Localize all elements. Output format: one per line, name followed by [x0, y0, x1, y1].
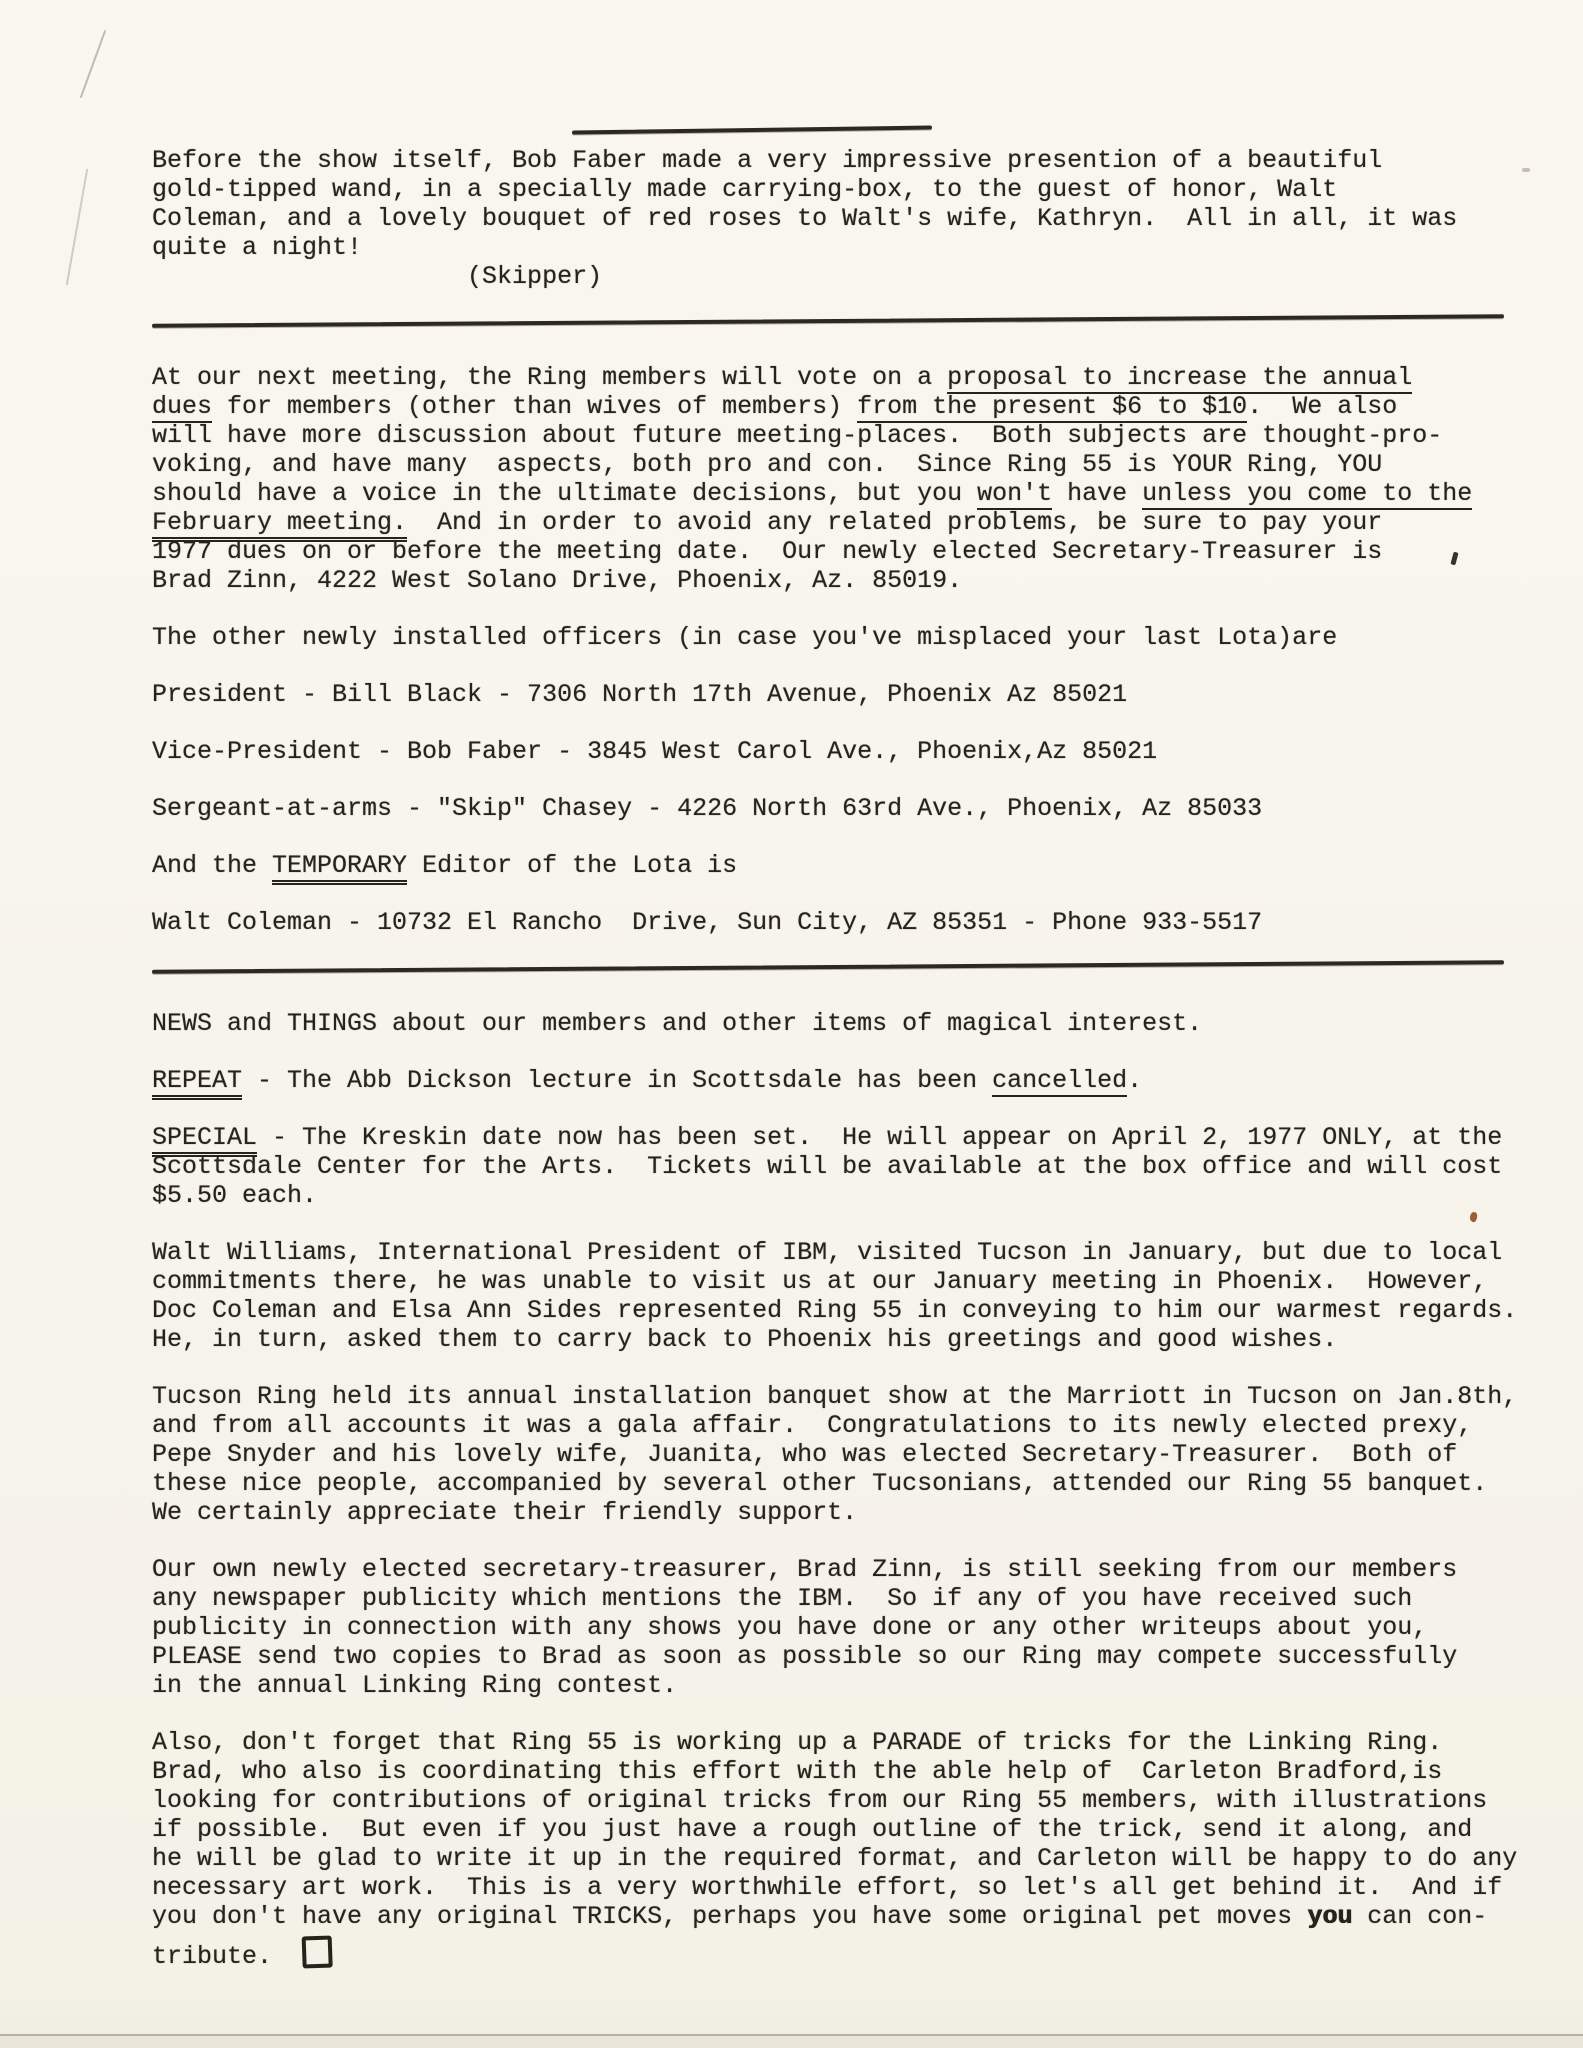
- paragraph: Our own newly elected secretary-treasure…: [152, 1555, 1532, 1700]
- text-line: Tucson Ring held its annual installation…: [152, 1382, 1532, 1411]
- text-segment: quite a night!: [152, 233, 362, 262]
- text-segment: tribute.: [152, 1942, 302, 1971]
- text-segment: can con-: [1352, 1902, 1487, 1931]
- text-segment: 1977 dues on or before the meeting date.…: [152, 537, 1382, 566]
- text-line: SPECIAL - The Kreskin date now has been …: [152, 1123, 1532, 1152]
- text-line: President - Bill Black - 7306 North 17th…: [152, 680, 1532, 709]
- text-line: At our next meeting, the Ring members wi…: [152, 363, 1532, 392]
- text-line: you don't have any original TRICKS, perh…: [152, 1902, 1532, 1931]
- text-line: Pepe Snyder and his lovely wife, Juanita…: [152, 1440, 1532, 1469]
- text-segment: if possible. But even if you just have a…: [152, 1815, 1472, 1844]
- text-line: We certainly appreciate their friendly s…: [152, 1498, 1532, 1527]
- text-segment: you: [1307, 1902, 1352, 1931]
- text-line: necessary art work. This is a very worth…: [152, 1873, 1532, 1902]
- text-segment: gold-tipped wand, in a specially made ca…: [152, 175, 1337, 204]
- paragraph: REPEAT - The Abb Dickson lecture in Scot…: [152, 1066, 1532, 1095]
- text-segment: $5.50 each.: [152, 1181, 317, 1210]
- text-segment: he will be glad to write it up in the re…: [152, 1844, 1517, 1873]
- text-segment: Walt Williams, International President o…: [152, 1238, 1502, 1267]
- paragraph: The other newly installed officers (in c…: [152, 623, 1532, 652]
- end-of-article-box: [302, 1935, 333, 1968]
- scanned-page: Before the show itself, Bob Faber made a…: [0, 0, 1583, 2048]
- paragraph: Also, don't forget that Ring 55 is worki…: [152, 1728, 1532, 1960]
- text-segment: for members (other than wives of members…: [212, 392, 857, 421]
- text-line: will have more discussion about future m…: [152, 421, 1532, 450]
- underlined-text: TEMPORARY: [272, 851, 407, 885]
- text-segment: Pepe Snyder and his lovely wife, Juanita…: [152, 1440, 1457, 1469]
- text-line: Also, don't forget that Ring 55 is worki…: [152, 1728, 1532, 1757]
- paragraph: And the TEMPORARY Editor of the Lota is: [152, 851, 1532, 880]
- text-segment: Editor of the Lota is: [407, 851, 737, 880]
- text-line: publicity in connection with any shows y…: [152, 1613, 1532, 1642]
- text-segment: Also, don't forget that Ring 55 is worki…: [152, 1728, 1442, 1757]
- text-segment: At our next meeting, the Ring members wi…: [152, 363, 947, 392]
- text-segment: Coleman, and a lovely bouquet of red ros…: [152, 204, 1457, 233]
- divider-line: [572, 125, 932, 134]
- text-line: $5.50 each.: [152, 1181, 1532, 1210]
- page-bottom-edge: [0, 2034, 1583, 2036]
- divider-line: [152, 960, 1504, 973]
- text-line: Coleman, and a lovely bouquet of red ros…: [152, 204, 1532, 233]
- text-line: NEWS and THINGS about our members and ot…: [152, 1009, 1532, 1038]
- text-segment: any newspaper publicity which mentions t…: [152, 1584, 1412, 1613]
- divider-line: [152, 314, 1504, 327]
- pencil-mark: [66, 169, 88, 286]
- text-segment: Our own newly elected secretary-treasure…: [152, 1555, 1457, 1584]
- text-segment: publicity in connection with any shows y…: [152, 1613, 1427, 1642]
- text-segment: Brad Zinn, 4222 West Solano Drive, Phoen…: [152, 566, 962, 595]
- text-line: if possible. But even if you just have a…: [152, 1815, 1532, 1844]
- text-line: gold-tipped wand, in a specially made ca…: [152, 175, 1532, 204]
- text-segment: will have more discussion about future m…: [152, 421, 1442, 450]
- text-segment: Sergeant-at-arms - "Skip" Chasey - 4226 …: [152, 794, 1262, 823]
- text-segment: Vice-President - Bob Faber - 3845 West C…: [152, 737, 1157, 766]
- text-line: any newspaper publicity which mentions t…: [152, 1584, 1532, 1613]
- underlined-text: cancelled: [992, 1066, 1127, 1097]
- text-line: Walt Williams, International President o…: [152, 1238, 1532, 1267]
- text-line: REPEAT - The Abb Dickson lecture in Scot…: [152, 1066, 1532, 1095]
- text-line: The other newly installed officers (in c…: [152, 623, 1532, 652]
- text-segment: .: [1127, 1066, 1142, 1095]
- text-segment: - The Abb Dickson lecture in Scottsdale …: [242, 1066, 992, 1095]
- text-segment: Doc Coleman and Elsa Ann Sides represent…: [152, 1296, 1517, 1325]
- text-line: voking, and have many aspects, both pro …: [152, 450, 1532, 479]
- text-segment: - The Kreskin date now has been set. He …: [257, 1123, 1502, 1152]
- text-segment: these nice people, accompanied by severa…: [152, 1469, 1487, 1498]
- text-segment: looking for contributions of original tr…: [152, 1786, 1487, 1815]
- text-line: February meeting. And in order to avoid …: [152, 508, 1532, 537]
- text-line: And the TEMPORARY Editor of the Lota is: [152, 851, 1532, 880]
- underlined-text: proposal to increase the annual: [947, 363, 1412, 394]
- text-line: Brad Zinn, 4222 West Solano Drive, Phoen…: [152, 566, 1532, 595]
- paragraph: Tucson Ring held its annual installation…: [152, 1382, 1532, 1527]
- underlined-text: unless you come to the: [1142, 479, 1472, 510]
- paragraph: Walt Williams, International President o…: [152, 1238, 1532, 1354]
- page-bottom-strip: [0, 2036, 1583, 2048]
- underlined-text: dues: [152, 392, 212, 423]
- text-line: He, in turn, asked them to carry back to…: [152, 1325, 1532, 1354]
- text-line: Walt Coleman - 10732 El Rancho Drive, Su…: [152, 908, 1532, 937]
- paragraph: President - Bill Black - 7306 North 17th…: [152, 680, 1532, 709]
- text-segment: voking, and have many aspects, both pro …: [152, 450, 1382, 479]
- paragraph: Before the show itself, Bob Faber made a…: [152, 146, 1532, 291]
- text-segment: NEWS and THINGS about our members and ot…: [152, 1009, 1202, 1038]
- underlined-text: from the present $6 to $10: [857, 392, 1247, 423]
- text-segment: should have a voice in the ultimate deci…: [152, 479, 977, 508]
- text-line: looking for contributions of original tr…: [152, 1786, 1532, 1815]
- underlined-text: REPEAT: [152, 1066, 242, 1100]
- text-segment: you don't have any original TRICKS, perh…: [152, 1902, 1307, 1931]
- text-segment: The other newly installed officers (in c…: [152, 623, 1337, 652]
- text-line: (Skipper): [152, 262, 1532, 291]
- text-segment: Walt Coleman - 10732 El Rancho Drive, Su…: [152, 908, 1262, 937]
- text-segment: Before the show itself, Bob Faber made a…: [152, 146, 1382, 175]
- text-segment: in the annual Linking Ring contest.: [152, 1671, 677, 1700]
- paragraph: Vice-President - Bob Faber - 3845 West C…: [152, 737, 1532, 766]
- paragraph: SPECIAL - The Kreskin date now has been …: [152, 1123, 1532, 1210]
- text-segment: We certainly appreciate their friendly s…: [152, 1498, 857, 1527]
- text-segment: Tucson Ring held its annual installation…: [152, 1382, 1517, 1411]
- text-segment: (Skipper): [152, 262, 602, 291]
- pencil-mark: [80, 30, 107, 98]
- text-line: Vice-President - Bob Faber - 3845 West C…: [152, 737, 1532, 766]
- text-line: 1977 dues on or before the meeting date.…: [152, 537, 1532, 566]
- text-line: quite a night!: [152, 233, 1532, 262]
- text-line: Doc Coleman and Elsa Ann Sides represent…: [152, 1296, 1532, 1325]
- text-segment: Scottsdale Center for the Arts. Tickets …: [152, 1152, 1502, 1181]
- text-line: in the annual Linking Ring contest.: [152, 1671, 1532, 1700]
- text-line: these nice people, accompanied by severa…: [152, 1469, 1532, 1498]
- text-segment: have: [1052, 479, 1142, 508]
- text-line: dues for members (other than wives of me…: [152, 392, 1532, 421]
- text-line: tribute.: [152, 1931, 1532, 1960]
- text-line: commitments there, he was unable to visi…: [152, 1267, 1532, 1296]
- paragraph: NEWS and THINGS about our members and ot…: [152, 1009, 1532, 1038]
- text-line: Brad, who also is coordinating this effo…: [152, 1757, 1532, 1786]
- text-line: he will be glad to write it up in the re…: [152, 1844, 1532, 1873]
- text-segment: Brad, who also is coordinating this effo…: [152, 1757, 1442, 1786]
- underlined-text: won't: [977, 479, 1052, 510]
- text-line: Scottsdale Center for the Arts. Tickets …: [152, 1152, 1532, 1181]
- text-line: PLEASE send two copies to Brad as soon a…: [152, 1642, 1532, 1671]
- paragraph: Sergeant-at-arms - "Skip" Chasey - 4226 …: [152, 794, 1532, 823]
- text-segment: commitments there, he was unable to visi…: [152, 1267, 1487, 1296]
- text-line: Our own newly elected secretary-treasure…: [152, 1555, 1532, 1584]
- paragraph: At our next meeting, the Ring members wi…: [152, 363, 1532, 595]
- text-segment: PLEASE send two copies to Brad as soon a…: [152, 1642, 1457, 1671]
- text-segment: And the: [152, 851, 272, 880]
- text-line: should have a voice in the ultimate deci…: [152, 479, 1532, 508]
- text-line: Sergeant-at-arms - "Skip" Chasey - 4226 …: [152, 794, 1532, 823]
- text-segment: . We also: [1247, 392, 1397, 421]
- paragraph: Walt Coleman - 10732 El Rancho Drive, Su…: [152, 908, 1532, 937]
- text-segment: And in order to avoid any related proble…: [407, 508, 1382, 537]
- text-segment: necessary art work. This is a very worth…: [152, 1873, 1502, 1902]
- document-body: Before the show itself, Bob Faber made a…: [152, 122, 1532, 1988]
- text-line: and from all accounts it was a gala affa…: [152, 1411, 1532, 1440]
- text-line: Before the show itself, Bob Faber made a…: [152, 146, 1532, 175]
- text-segment: and from all accounts it was a gala affa…: [152, 1411, 1472, 1440]
- text-segment: President - Bill Black - 7306 North 17th…: [152, 680, 1127, 709]
- text-segment: He, in turn, asked them to carry back to…: [152, 1325, 1337, 1354]
